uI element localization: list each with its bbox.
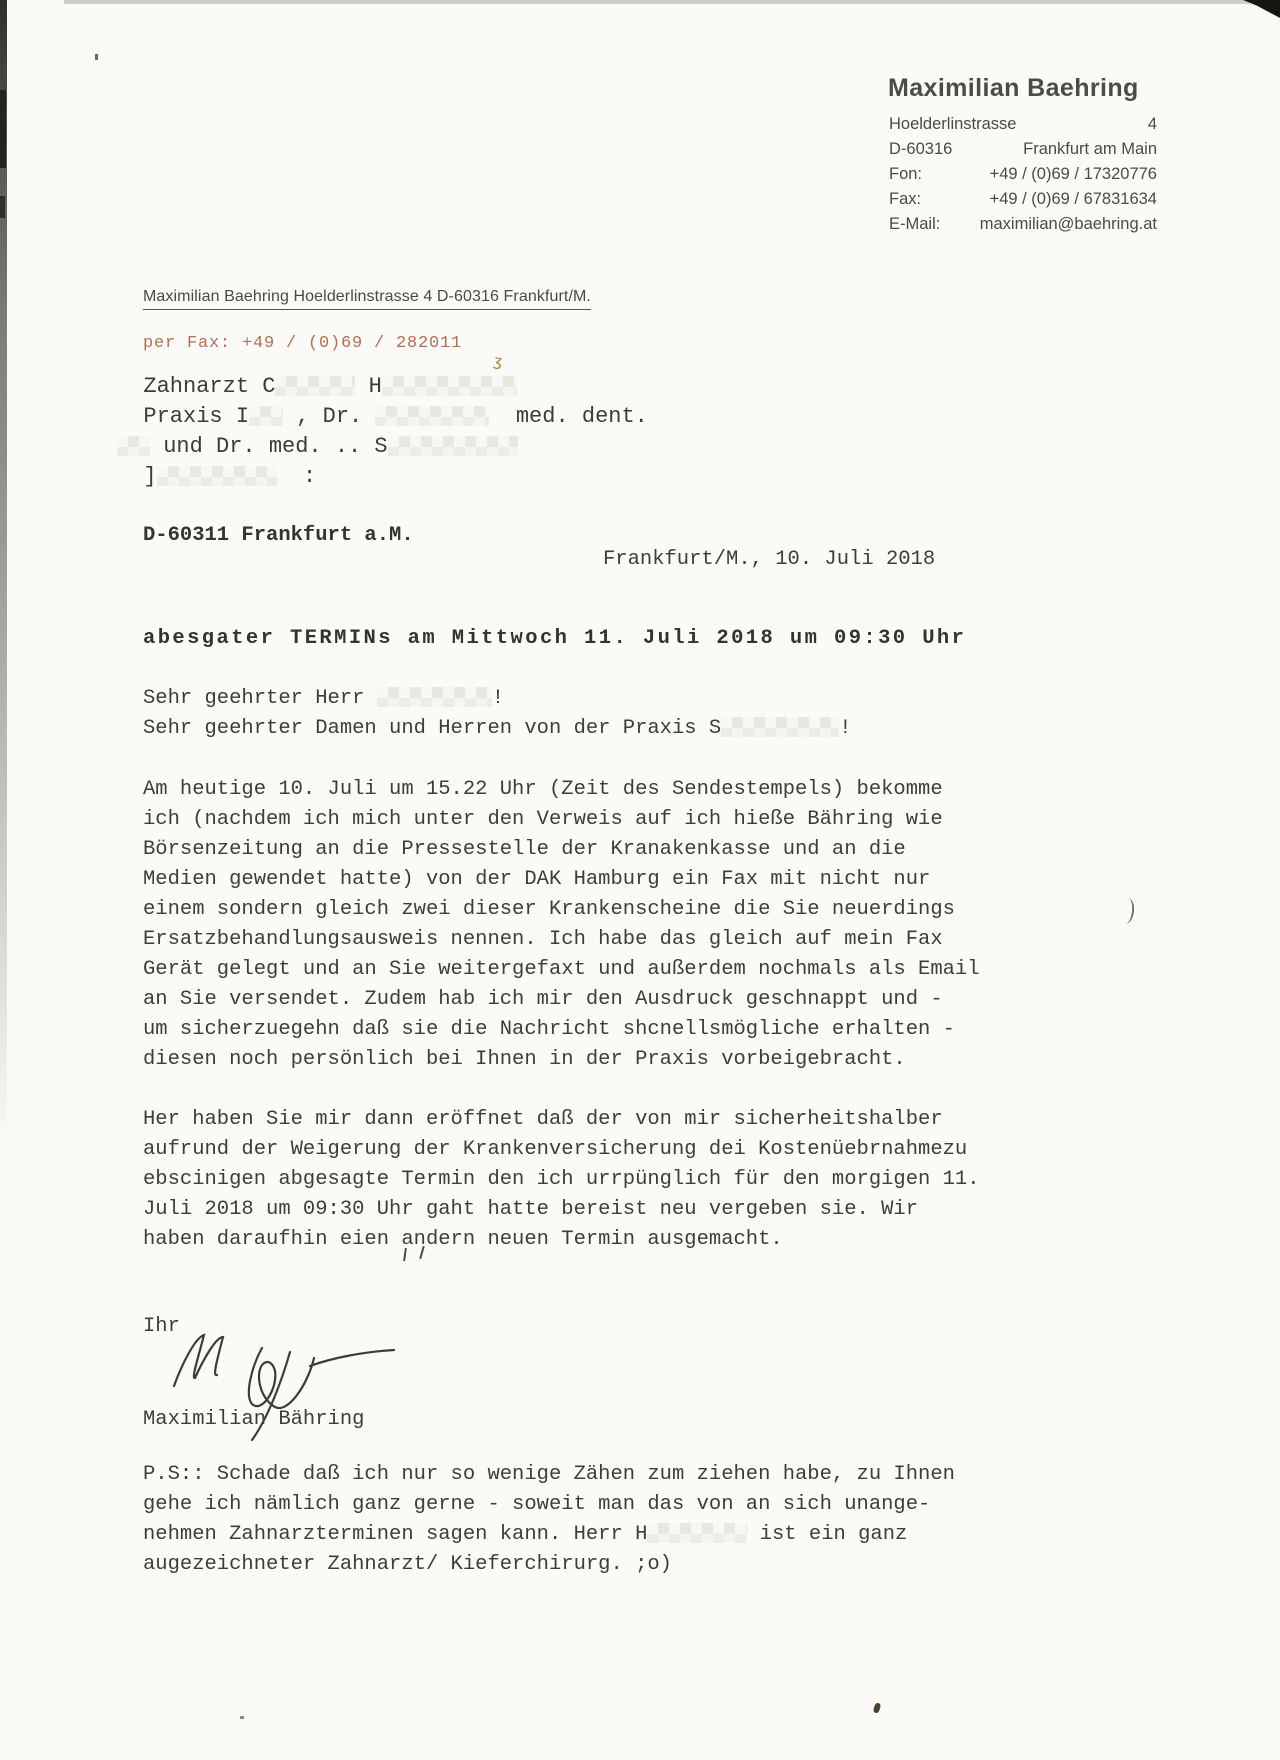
redacted-block [721, 717, 839, 737]
text-line: Her haben Sie mir dann eröffnet daß der … [143, 1105, 980, 1135]
subject-line: abesgater TERMINs am Mittwoch 11. Juli 2… [143, 624, 966, 654]
body-paragraph-2: Her haben Sie mir dann eröffnet daß der … [143, 1105, 980, 1255]
text-line: an Sie versendet. Zudem hab ich mir den … [143, 985, 980, 1015]
letterhead-row-value: +49 / (0)69 / 67831634 [990, 187, 1157, 212]
text-line: Börsenzeitung an die Pressestelle der Kr… [143, 835, 980, 865]
letterhead-name: Maximilian Baehring [888, 74, 1158, 103]
text-line: einem sondern gleich zwei dieser Kranken… [143, 895, 980, 925]
redacted-block [382, 376, 517, 396]
letterhead-row-label: Fon: [889, 162, 922, 187]
postscript-paragraph: P.S:: Schade daß ich nur so wenige Zähen… [143, 1460, 955, 1580]
text-line: ebscinigen abgesagte Termin den ich urrp… [143, 1165, 980, 1195]
per-fax-line: per Fax: +49 / (0)69 / 282011 [143, 334, 462, 353]
stray-pen-bracket-mark [1121, 897, 1136, 924]
text-line: Gerät gelegt und an Sie weitergefaxt und… [143, 955, 980, 985]
letterhead-contact-block: Hoelderlinstrasse4D-60316Frankfurt am Ma… [889, 112, 1157, 237]
letterhead-row-value: 4 [1148, 112, 1157, 137]
recipient-city-line: D-60311 Frankfurt a.M. [143, 521, 414, 551]
text-line: nehmen Zahnarzterminen sagen kann. Herr … [143, 1520, 955, 1550]
text-line: aufrund der Weigerung der Krankenversich… [143, 1135, 980, 1165]
scan-top-edge [64, 0, 1250, 4]
redacted-block [275, 376, 355, 396]
letterhead-row-label: E-Mail: [889, 212, 940, 237]
letterhead-row: E-Mail:maximilian@baehring.at [889, 212, 1157, 237]
text-line: gehe ich nämlich ganz gerne - soweit man… [143, 1490, 955, 1520]
letterhead-row-label: D-60316 [889, 137, 952, 162]
text-line: Ersatzbehandlungsausweis nennen. Ich hab… [143, 925, 980, 955]
letterhead-row: D-60316Frankfurt am Main [889, 137, 1157, 162]
text-line: Zahnarzt C H [117, 372, 648, 402]
salutation: Sehr geehrter Herr !Sehr geehrter Damen … [143, 684, 852, 744]
text-line: um sicherzuegehn daß sie die Nachricht s… [143, 1015, 980, 1045]
letterhead-row-value: +49 / (0)69 / 17320776 [990, 162, 1157, 187]
scan-speck [95, 54, 98, 60]
text-line: und Dr. med. .. S [117, 432, 648, 462]
letterhead-row-label: Hoelderlinstrasse [889, 112, 1016, 137]
scan-left-edge-blob [0, 196, 5, 218]
text-line: Praxis I , Dr. med. dent. [117, 402, 648, 432]
recipient-address-block: Zahnarzt C H Praxis I , Dr. med. dent. u… [117, 372, 648, 492]
text-line: augezeichneter Zahnarzt/ Kieferchirurg. … [143, 1550, 955, 1580]
text-line: Juli 2018 um 09:30 Uhr gaht hatte bereis… [143, 1195, 980, 1225]
place-and-date: Frankfurt/M., 10. Juli 2018 [603, 545, 935, 575]
letterhead-row-value: Frankfurt am Main [1023, 137, 1157, 162]
body-paragraph-1: Am heutige 10. Juli um 15.22 Uhr (Zeit d… [143, 775, 980, 1075]
text-line: P.S:: Schade daß ich nur so wenige Zähen… [143, 1460, 955, 1490]
redacted-block [647, 1523, 747, 1543]
scan-speck [873, 1702, 882, 1713]
letterhead-row-label: Fax: [889, 187, 921, 212]
scan-left-edge-blob [0, 90, 6, 168]
letterhead-row-value: maximilian@baehring.at [980, 212, 1157, 237]
text-line: Medien gewendet hatte) von der DAK Hambu… [143, 865, 980, 895]
text-line: haben daraufhin eien andern neuen Termin… [143, 1225, 980, 1255]
letterhead-row: Hoelderlinstrasse4 [889, 112, 1157, 137]
redacted-block [157, 466, 277, 486]
redacted-block [377, 687, 492, 707]
redacted-block [375, 406, 489, 426]
text-line: diesen noch persönlich bei Ihnen in der … [143, 1045, 980, 1075]
signature-name: Maximilian Bähring [143, 1405, 364, 1435]
stray-pen-mark: ʒ [492, 351, 504, 370]
text-line: Sehr geehrter Herr ! [143, 684, 852, 714]
scan-speck [240, 1716, 244, 1719]
scanned-letter-page: Maximilian Baehring Hoelderlinstrasse4D-… [0, 0, 1280, 1760]
redacted-block [388, 436, 518, 456]
sender-address-line: Maximilian Baehring Hoelderlinstrasse 4 … [143, 288, 591, 310]
text-line: ich (nachdem ich mich unter den Verweis … [143, 805, 980, 835]
scan-left-edge [0, 0, 7, 1150]
letterhead-row: Fon:+49 / (0)69 / 17320776 [889, 162, 1157, 187]
text-line: Am heutige 10. Juli um 15.22 Uhr (Zeit d… [143, 775, 980, 805]
redacted-block [117, 436, 150, 456]
text-line: Sehr geehrter Damen und Herren von der P… [143, 714, 852, 744]
letterhead-row: Fax:+49 / (0)69 / 67831634 [889, 187, 1157, 212]
redacted-block [249, 406, 283, 426]
text-line: ] : [117, 462, 648, 492]
